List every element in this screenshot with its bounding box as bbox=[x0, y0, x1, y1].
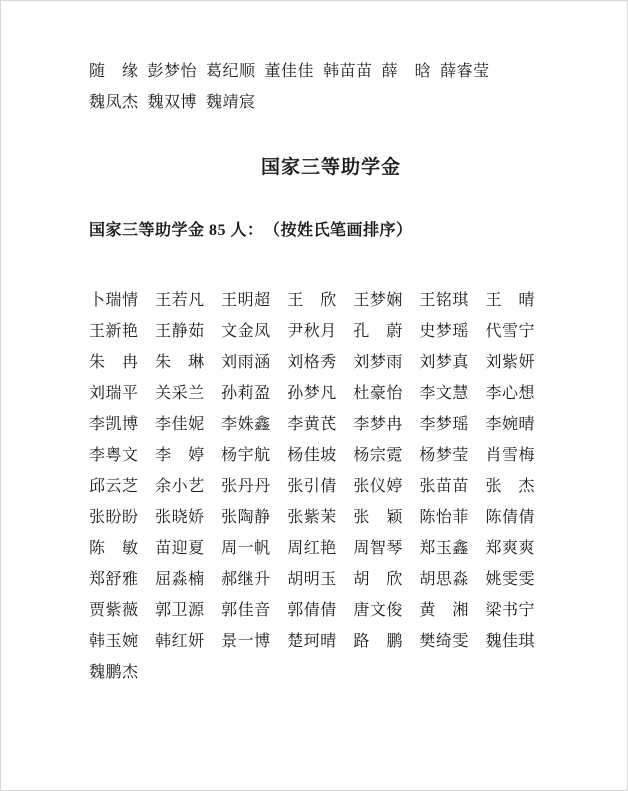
name-row: 邱云芝余小艺张丹丹张引倩张仪婷张苗苗张 杰 bbox=[89, 471, 535, 502]
student-name: 唐文俊 bbox=[353, 595, 403, 626]
student-name: 杨宗霓 bbox=[353, 440, 403, 471]
student-name: 薛睿莹 bbox=[440, 56, 490, 87]
student-name: 刘雨涵 bbox=[221, 347, 271, 378]
document-content: 随 缘彭梦怡葛纪顺董佳佳韩苗苗薛 晗薛睿莹魏凤杰魏双博魏靖宸 国家三等助学金 国… bbox=[1, 1, 535, 688]
student-name: 郝继升 bbox=[221, 564, 271, 595]
student-name: 郑爽爽 bbox=[485, 533, 535, 564]
section-heading: 国家三等助学金 85 人： （按姓氏笔画排序） bbox=[89, 215, 535, 246]
student-name: 陈怡菲 bbox=[419, 502, 469, 533]
student-name: 李心想 bbox=[485, 378, 535, 409]
student-name: 孔 蔚 bbox=[353, 316, 403, 347]
name-row: 张盼盼张晓娇张陶静张紫茉张 颖陈怡菲陈倩倩 bbox=[89, 502, 535, 533]
student-name: 贾紫薇 bbox=[89, 595, 139, 626]
student-name: 张丹丹 bbox=[221, 471, 271, 502]
student-name: 路 鹏 bbox=[353, 626, 403, 657]
student-name: 胡明玉 bbox=[287, 564, 337, 595]
student-name: 王若凡 bbox=[155, 285, 205, 316]
student-name: 郭卫源 bbox=[155, 595, 205, 626]
student-name: 李梦瑶 bbox=[419, 409, 469, 440]
student-name: 薛 晗 bbox=[382, 56, 432, 87]
student-name: 李粤文 bbox=[89, 440, 139, 471]
name-row: 贾紫薇郭卫源郭佳音郭倩倩唐文俊黄 湘梁书宁 bbox=[89, 595, 535, 626]
student-name: 郭倩倩 bbox=[287, 595, 337, 626]
student-name: 姚雯雯 bbox=[485, 564, 535, 595]
name-row: 王新艳王静茹文金凤尹秋月孔 蔚史梦瑶代雪宁 bbox=[89, 316, 535, 347]
student-name: 王铭琪 bbox=[419, 285, 469, 316]
student-name: 景一博 bbox=[221, 626, 271, 657]
student-name: 朱 琳 bbox=[155, 347, 205, 378]
student-name: 葛纪顺 bbox=[206, 56, 256, 87]
student-name: 刘瑞平 bbox=[89, 378, 139, 409]
student-name: 尹秋月 bbox=[287, 316, 337, 347]
student-name: 魏凤杰 bbox=[89, 87, 139, 118]
student-name: 董佳佳 bbox=[265, 56, 315, 87]
student-name: 韩玉婉 bbox=[89, 626, 139, 657]
student-name: 魏双博 bbox=[148, 87, 198, 118]
student-name: 楚珂晴 bbox=[287, 626, 337, 657]
student-name: 孙莉盈 bbox=[221, 378, 271, 409]
student-name: 李 婷 bbox=[155, 440, 205, 471]
student-name: 张盼盼 bbox=[89, 502, 139, 533]
name-row: 刘瑞平关采兰孙莉盈孙梦凡杜豪怡李文慧李心想 bbox=[89, 378, 535, 409]
name-row: 陈 敏苗迎夏周一帆周红艳周智琴郑玉鑫郑爽爽 bbox=[89, 533, 535, 564]
student-name: 李婉晴 bbox=[485, 409, 535, 440]
student-name: 魏佳琪 bbox=[485, 626, 535, 657]
student-name: 史梦瑶 bbox=[419, 316, 469, 347]
student-name: 黄 湘 bbox=[419, 595, 469, 626]
student-name: 杨宇航 bbox=[221, 440, 271, 471]
name-row: 魏凤杰魏双博魏靖宸 bbox=[89, 87, 535, 118]
student-name: 王 欣 bbox=[287, 285, 337, 316]
student-name: 肖雪梅 bbox=[485, 440, 535, 471]
document-page: 随 缘彭梦怡葛纪顺董佳佳韩苗苗薛 晗薛睿莹魏凤杰魏双博魏靖宸 国家三等助学金 国… bbox=[0, 0, 628, 791]
student-name: 朱 冉 bbox=[89, 347, 139, 378]
name-row: 李凯博李佳妮李姝鑫李黄芪李梦冉李梦瑶李婉晴 bbox=[89, 409, 535, 440]
student-name: 关采兰 bbox=[155, 378, 205, 409]
page-title: 国家三等助学金 bbox=[127, 151, 535, 184]
student-name: 陈 敏 bbox=[89, 533, 139, 564]
name-row: 魏鹏杰 bbox=[89, 657, 535, 688]
student-name: 陈倩倩 bbox=[485, 502, 535, 533]
student-name: 韩红妍 bbox=[155, 626, 205, 657]
name-row: 随 缘彭梦怡葛纪顺董佳佳韩苗苗薛 晗薛睿莹 bbox=[89, 56, 535, 87]
student-name: 杨梦莹 bbox=[419, 440, 469, 471]
student-name: 张陶静 bbox=[221, 502, 271, 533]
student-name: 李凯博 bbox=[89, 409, 139, 440]
name-row: 韩玉婉韩红妍景一博楚珂晴路 鹏樊绮雯魏佳琪 bbox=[89, 626, 535, 657]
student-name: 李文慧 bbox=[419, 378, 469, 409]
student-name: 屈淼楠 bbox=[155, 564, 205, 595]
student-name: 代雪宁 bbox=[485, 316, 535, 347]
student-name: 邱云芝 bbox=[89, 471, 139, 502]
student-name: 王明超 bbox=[221, 285, 271, 316]
student-name: 张晓娇 bbox=[155, 502, 205, 533]
student-name: 魏鹏杰 bbox=[89, 657, 139, 688]
student-name: 张紫茉 bbox=[287, 502, 337, 533]
student-name: 周红艳 bbox=[287, 533, 337, 564]
student-name: 魏靖宸 bbox=[206, 87, 256, 118]
student-name: 李梦冉 bbox=[353, 409, 403, 440]
student-name: 杜豪怡 bbox=[353, 378, 403, 409]
student-name: 杨佳坡 bbox=[287, 440, 337, 471]
student-name: 张仪婷 bbox=[353, 471, 403, 502]
name-row: 卜瑞情王若凡王明超王 欣王梦娴王铭琪王 晴 bbox=[89, 285, 535, 316]
student-name: 苗迎夏 bbox=[155, 533, 205, 564]
student-name: 郭佳音 bbox=[221, 595, 271, 626]
student-name: 张苗苗 bbox=[419, 471, 469, 502]
student-name: 郑玉鑫 bbox=[419, 533, 469, 564]
student-name: 彭梦怡 bbox=[148, 56, 198, 87]
student-name: 韩苗苗 bbox=[323, 56, 373, 87]
student-name: 胡思淼 bbox=[419, 564, 469, 595]
student-name: 王静茹 bbox=[155, 316, 205, 347]
student-name: 余小艺 bbox=[155, 471, 205, 502]
student-name: 郑舒雅 bbox=[89, 564, 139, 595]
name-row: 李粤文李 婷杨宇航杨佳坡杨宗霓杨梦莹肖雪梅 bbox=[89, 440, 535, 471]
name-row: 郑舒雅屈淼楠郝继升胡明玉胡 欣胡思淼姚雯雯 bbox=[89, 564, 535, 595]
student-name: 张 杰 bbox=[485, 471, 535, 502]
recipient-name-list: 卜瑞情王若凡王明超王 欣王梦娴王铭琪王 晴王新艳王静茹文金凤尹秋月孔 蔚史梦瑶代… bbox=[89, 285, 535, 688]
student-name: 梁书宁 bbox=[485, 595, 535, 626]
student-name: 周智琴 bbox=[353, 533, 403, 564]
student-name: 孙梦凡 bbox=[287, 378, 337, 409]
student-name: 王新艳 bbox=[89, 316, 139, 347]
student-name: 文金凤 bbox=[221, 316, 271, 347]
student-name: 刘梦真 bbox=[419, 347, 469, 378]
student-name: 随 缘 bbox=[89, 56, 139, 87]
student-name: 刘紫妍 bbox=[485, 347, 535, 378]
student-name: 周一帆 bbox=[221, 533, 271, 564]
previous-section-name-list: 随 缘彭梦怡葛纪顺董佳佳韩苗苗薛 晗薛睿莹魏凤杰魏双博魏靖宸 bbox=[89, 56, 535, 118]
student-name: 刘梦雨 bbox=[353, 347, 403, 378]
student-name: 李黄芪 bbox=[287, 409, 337, 440]
student-name: 卜瑞情 bbox=[89, 285, 139, 316]
student-name: 胡 欣 bbox=[353, 564, 403, 595]
student-name: 张引倩 bbox=[287, 471, 337, 502]
student-name: 樊绮雯 bbox=[419, 626, 469, 657]
student-name: 张 颖 bbox=[353, 502, 403, 533]
student-name: 王 晴 bbox=[485, 285, 535, 316]
name-row: 朱 冉朱 琳刘雨涵刘格秀刘梦雨刘梦真刘紫妍 bbox=[89, 347, 535, 378]
student-name: 王梦娴 bbox=[353, 285, 403, 316]
student-name: 李姝鑫 bbox=[221, 409, 271, 440]
student-name: 李佳妮 bbox=[155, 409, 205, 440]
student-name: 刘格秀 bbox=[287, 347, 337, 378]
